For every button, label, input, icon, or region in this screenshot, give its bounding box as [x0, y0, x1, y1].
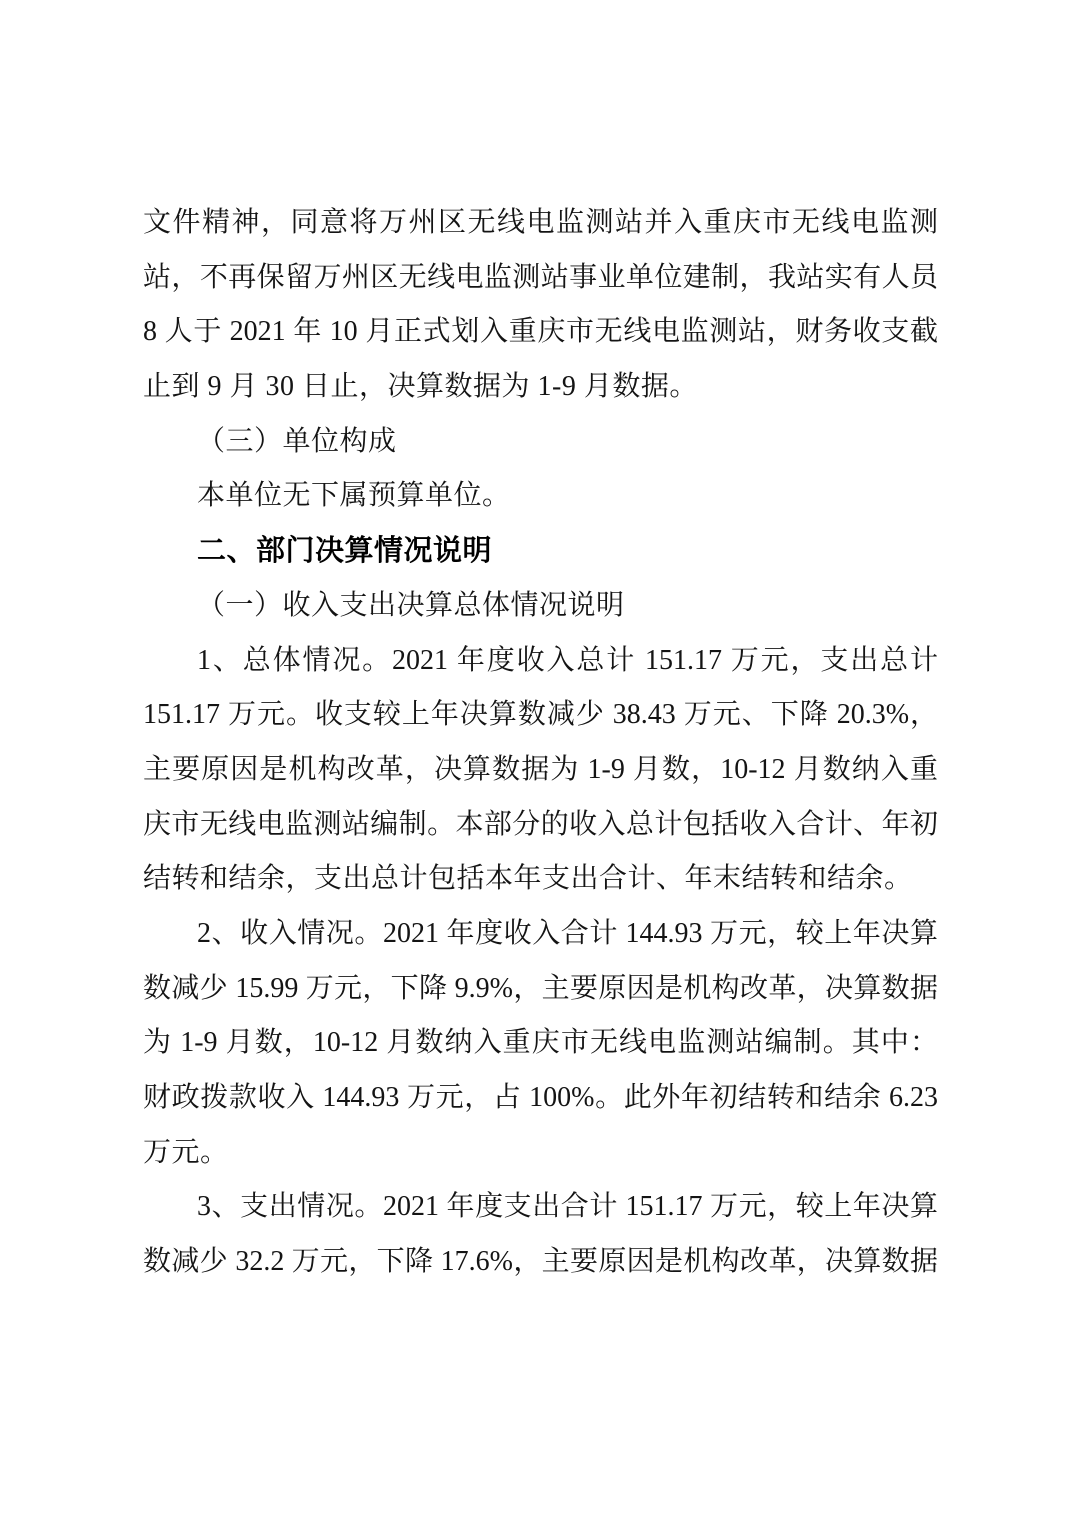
text-line: 3、支出情况。2021 年度支出合计 151.17 万元，较上年决算	[143, 1180, 938, 1235]
text-line: 为 1-9 月数，10-12 月数纳入重庆市无线电监测站编制。其中：	[143, 1016, 938, 1071]
text-line: 本单位无下属预算单位。	[143, 469, 938, 524]
text-line: 数减少 32.2 万元，下降 17.6%，主要原因是机构改革，决算数据	[143, 1235, 938, 1290]
text-line: 止到 9 月 30 日止，决算数据为 1-9 月数据。	[143, 360, 938, 415]
subsection-heading: （一）收入支出决算总体情况说明	[143, 579, 938, 634]
text-line: 8 人于 2021 年 10 月正式划入重庆市无线电监测站，财务收支截	[143, 305, 938, 360]
text-line: 文件精神，同意将万州区无线电监测站并入重庆市无线电监测	[143, 196, 938, 251]
text-line: 1、总体情况。2021 年度收入总计 151.17 万元，支出总计	[143, 634, 938, 689]
text-line: 2、收入情况。2021 年度收入合计 144.93 万元，较上年决算	[143, 907, 938, 962]
text-line: 数减少 15.99 万元，下降 9.9%，主要原因是机构改革，决算数据	[143, 962, 938, 1017]
subsection-heading: （三）单位构成	[143, 415, 938, 470]
text-line: 结转和结余，支出总计包括本年支出合计、年末结转和结余。	[143, 852, 938, 907]
section-heading: 二、部门决算情况说明	[143, 524, 938, 579]
text-line: 万元。	[143, 1126, 938, 1181]
document-body: 文件精神，同意将万州区无线电监测站并入重庆市无线电监测 站，不再保留万州区无线电…	[143, 196, 938, 1290]
document-page: 文件精神，同意将万州区无线电监测站并入重庆市无线电监测 站，不再保留万州区无线电…	[0, 0, 1074, 1520]
text-line: 主要原因是机构改革，决算数据为 1-9 月数，10-12 月数纳入重	[143, 743, 938, 798]
text-line: 站，不再保留万州区无线电监测站事业单位建制，我站实有人员	[143, 251, 938, 306]
text-line: 151.17 万元。收支较上年决算数减少 38.43 万元、下降 20.3%，	[143, 688, 938, 743]
text-line: 财政拨款收入 144.93 万元，占 100%。此外年初结转和结余 6.23	[143, 1071, 938, 1126]
text-line: 庆市无线电监测站编制。本部分的收入总计包括收入合计、年初	[143, 798, 938, 853]
